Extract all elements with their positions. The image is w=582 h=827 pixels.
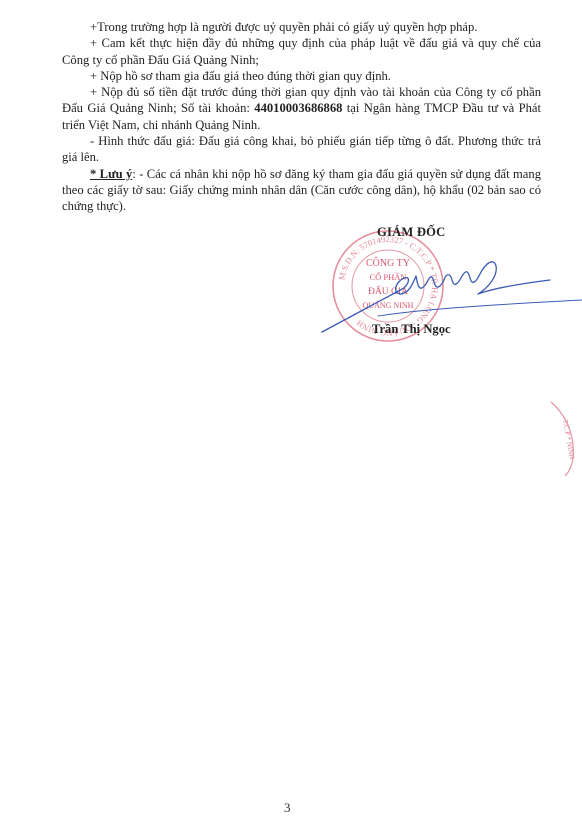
body-text: +Trong trường hợp là người được uỷ quyền… [62,19,541,215]
page-number: 3 [284,800,291,816]
paragraph-submit-dossier: + Nộp hồ sơ tham gia đấu giá theo đúng t… [62,68,541,84]
signature-block: M.S.D.N: 5701492327 - C.T.C.P * TP. HẠ L… [318,218,518,348]
signer-name: Trần Thị Ngọc [372,322,451,337]
partial-stamp-icon: T.C.P * NINH [545,398,582,478]
paragraph-deposit: + Nộp đủ số tiền đặt trước đúng thời gia… [62,84,541,133]
paragraph-auction-format: - Hình thức đấu giá: Đấu giá công khai, … [62,133,541,166]
svg-text:T.C.P * NINH: T.C.P * NINH [561,419,576,460]
paragraph-commitment: + Cam kết thực hiện đầy đủ những quy địn… [62,35,541,68]
note-label: * Lưu ý [90,167,132,181]
note-text: : - Các cá nhân khi nộp hồ sơ đăng ký th… [62,167,541,214]
account-number: 44010003686868 [254,101,342,115]
paragraph-note: * Lưu ý: - Các cá nhân khi nộp hồ sơ đăn… [62,166,541,215]
document-page: +Trong trường hợp là người được uỷ quyền… [0,0,582,827]
paragraph-authorization: +Trong trường hợp là người được uỷ quyền… [62,19,541,35]
